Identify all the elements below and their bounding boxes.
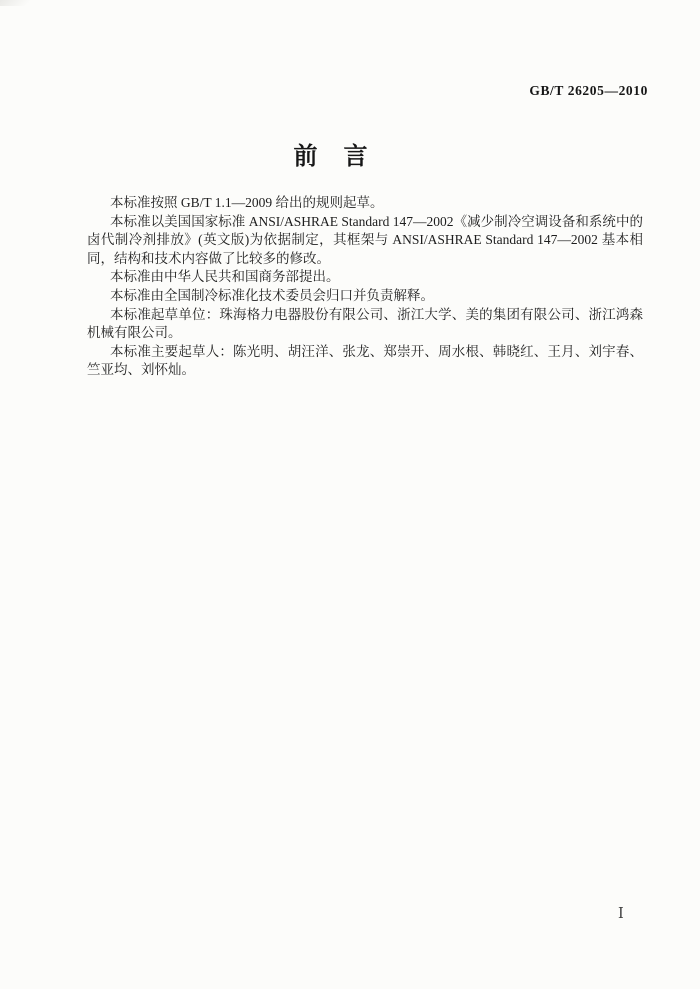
page-number: Ⅰ bbox=[618, 906, 624, 923]
scan-edge-artifact bbox=[0, 0, 34, 6]
foreword-paragraph: 本标准按照 GB/T 1.1—2009 给出的规则起草。 bbox=[87, 194, 643, 213]
foreword-paragraph: 本标准由全国制冷标准化技术委员会归口并负责解释。 bbox=[87, 287, 643, 306]
foreword-paragraph: 本标准起草单位：珠海格力电器股份有限公司、浙江大学、美的集团有限公司、浙江鸿森机… bbox=[87, 306, 643, 343]
document-page: GB/T 26205—2010 前 言 本标准按照 GB/T 1.1—2009 … bbox=[0, 0, 700, 989]
foreword-paragraph: 本标准主要起草人：陈光明、胡汪洋、张龙、郑崇开、周水根、韩晓红、王月、刘宇春、竺… bbox=[87, 343, 643, 380]
page-title: 前 言 bbox=[0, 136, 662, 171]
foreword-paragraph: 本标准由中华人民共和国商务部提出。 bbox=[87, 268, 643, 287]
foreword-body: 本标准按照 GB/T 1.1—2009 给出的规则起草。 本标准以美国国家标准 … bbox=[87, 194, 643, 380]
foreword-paragraph: 本标准以美国国家标准 ANSI/ASHRAE Standard 147—2002… bbox=[87, 213, 643, 269]
standard-number-header: GB/T 26205—2010 bbox=[529, 83, 648, 99]
